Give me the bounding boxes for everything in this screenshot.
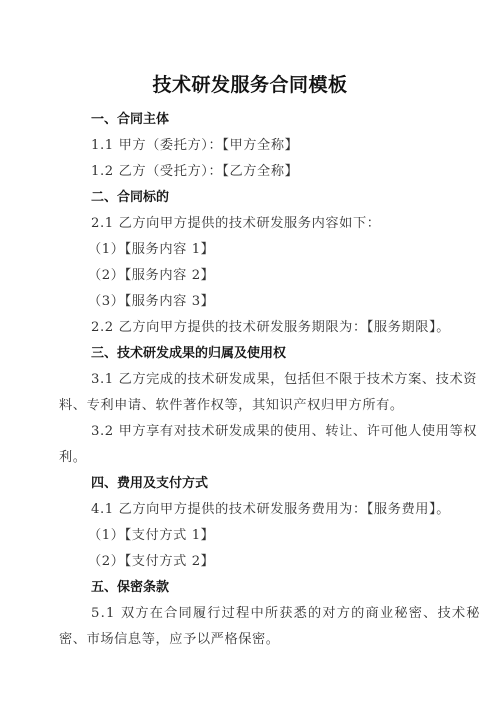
service-item-1: （1）【服务内容 1】 [88, 242, 214, 258]
clause-2-2: 2.2 乙方向甲方提供的技术研发服务期限为：【服务期限】。 [91, 320, 450, 336]
clause-1-2: 1.2 乙方（受托方）：【乙方全称】 [91, 164, 298, 180]
clause-2-1: 2.1 乙方向甲方提供的技术研发服务内容如下： [91, 216, 381, 232]
section-heading-2: 二、合同标的 [91, 190, 169, 206]
payment-item-2: （2）【支付方式 2】 [88, 554, 214, 570]
service-item-3: （3）【服务内容 3】 [88, 294, 214, 310]
clause-3-2-line-2: 利。 [59, 450, 87, 466]
section-heading-1: 一、合同主体 [91, 112, 169, 128]
section-heading-5: 五、保密条款 [91, 580, 169, 596]
document-title: 技术研发服务合同模板 [0, 70, 500, 97]
service-item-2: （2）【服务内容 2】 [88, 268, 214, 284]
clause-3-1-line-1: 3.1 乙方完成的技术研发成果，包括但不限于技术方案、技术资 [91, 372, 477, 388]
section-heading-4: 四、费用及支付方式 [91, 476, 208, 492]
clause-5-1-line-2: 密、市场信息等，应予以严格保密。 [59, 632, 280, 648]
document-page: 技术研发服务合同模板 一、合同主体 1.1 甲方（委托方）：【甲方全称】 1.2… [0, 0, 500, 707]
clause-4-1: 4.1 乙方向甲方提供的技术研发服务费用为：【服务费用】。 [91, 502, 450, 518]
section-heading-3: 三、技术研发成果的归属及使用权 [91, 346, 286, 362]
clause-3-1-line-2: 料、专利申请、软件著作权等，其知识产权归甲方所有。 [59, 398, 404, 414]
clause-5-1-line-1: 5.1 双方在合同履行过程中所获悉的对方的商业秘密、技术秘 [91, 606, 481, 622]
clause-3-2-line-1: 3.2 甲方享有对技术研发成果的使用、转让、许可他人使用等权 [91, 424, 477, 440]
clause-1-1: 1.1 甲方（委托方）：【甲方全称】 [91, 138, 298, 154]
payment-item-1: （1）【支付方式 1】 [88, 528, 214, 544]
